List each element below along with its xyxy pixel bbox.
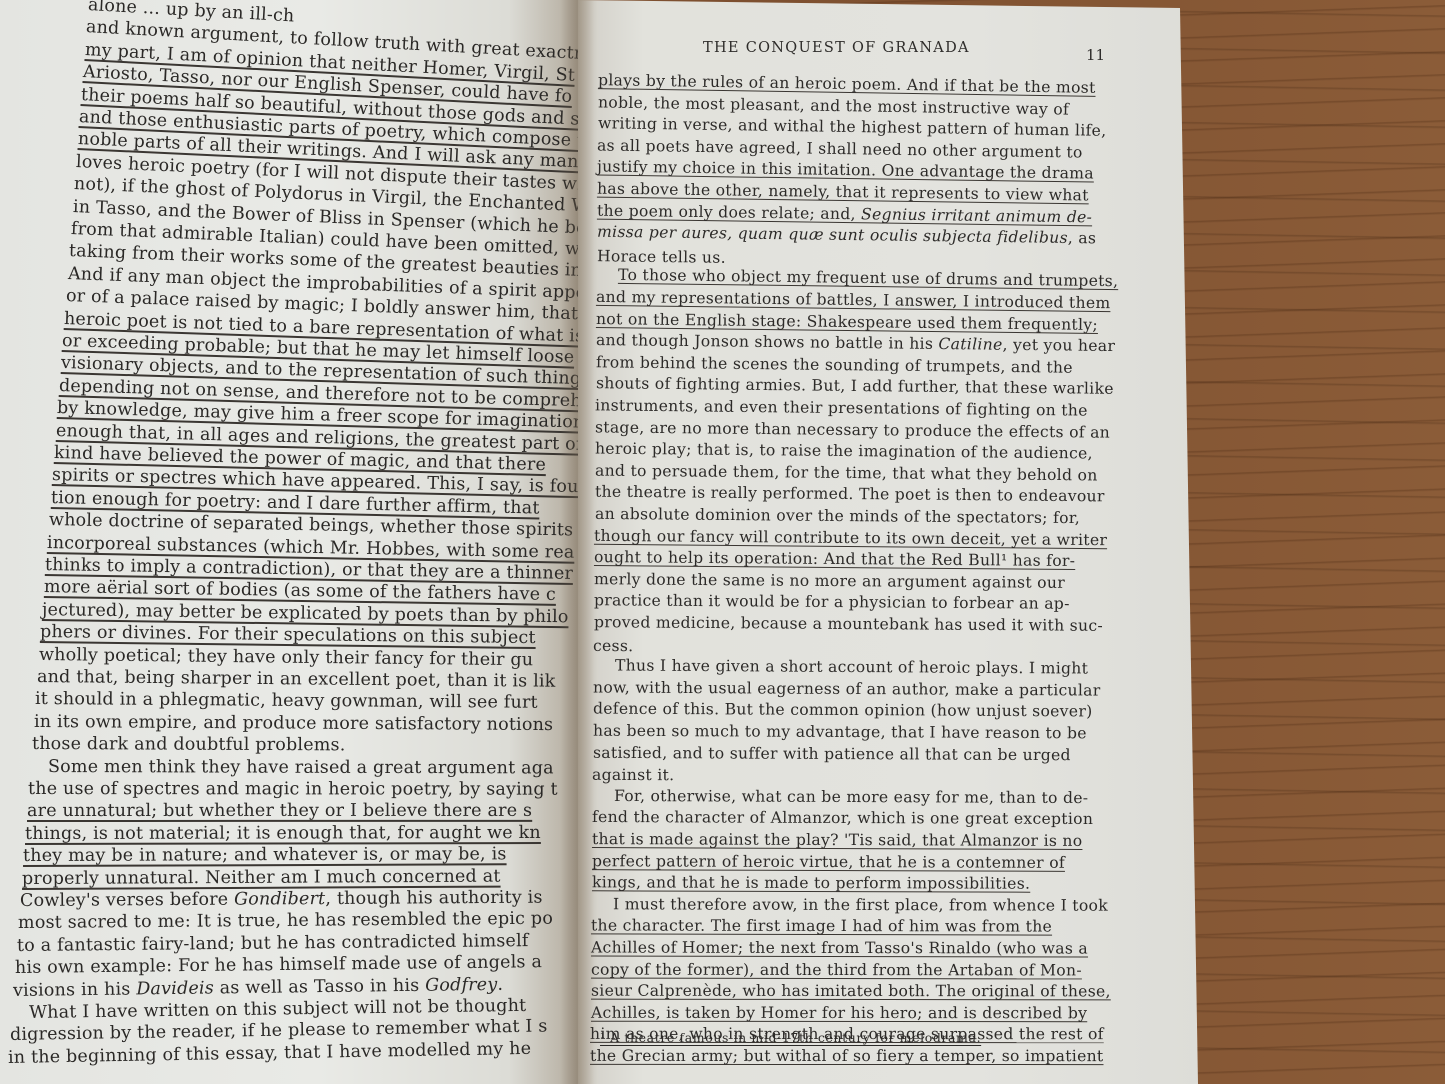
right-page-line: that is made against the play? 'Tis said… bbox=[592, 829, 1083, 852]
italic-title: Davideis bbox=[136, 978, 214, 999]
left-page-line: in its own empire, and produce more sati… bbox=[33, 711, 552, 736]
left-page-line: those dark and doubtful problems. bbox=[32, 733, 346, 756]
right-page-line: copy of the former), and the third from … bbox=[591, 959, 1082, 981]
left-page-line: it should in a phlegmatic, heavy gownman… bbox=[35, 688, 538, 714]
right-page-line: cess. bbox=[593, 635, 634, 656]
right-page-line: has been so much to my advantage, that I… bbox=[593, 721, 1087, 745]
italic-title: Gondibert bbox=[234, 889, 325, 910]
right-page-line: Achilles of Homer; the next from Tasso's… bbox=[591, 937, 1088, 959]
right-page-line: practice than it would be for a physicia… bbox=[594, 591, 1070, 616]
right-page-line: an absolute dominion over the minds of t… bbox=[594, 504, 1079, 529]
right-page-line: perfect pattern of heroic virtue, that h… bbox=[592, 851, 1065, 874]
right-page: THE CONQUEST OF GRANADA 11 ¹ A theatre f… bbox=[578, 0, 1238, 1084]
italic-phrase: Catiline bbox=[938, 335, 1002, 354]
left-page-line: things, is not material; it is enough th… bbox=[25, 822, 541, 845]
right-page-line: Achilles, is taken by Homer for his hero… bbox=[591, 1003, 1087, 1025]
right-page-line: him as one, who in strength and courage … bbox=[590, 1024, 1104, 1045]
italic-phrase: Segnius irritant animum de- bbox=[861, 205, 1092, 226]
right-page-line: defence of this. But the common opinion … bbox=[593, 699, 1093, 723]
right-page-line: fend the character of Almanzor, which is… bbox=[592, 807, 1093, 830]
left-page-line: are unnatural; but whether they or I bel… bbox=[27, 800, 532, 822]
right-page-line: now, with the usual eagerness of an auth… bbox=[593, 677, 1101, 701]
italic-phrase: missa per aures, quam quæ sunt oculis su… bbox=[597, 223, 1068, 247]
left-page-line: they may be in nature; and whatever is, … bbox=[23, 843, 507, 867]
right-page-line: satisfied, and to suffer with patience a… bbox=[593, 742, 1071, 765]
left-page: alone ... up by an ill-chand known argum… bbox=[0, 0, 578, 1084]
right-page-line: Thus I have given a short account of her… bbox=[615, 656, 1088, 680]
italic-title: Godfrey bbox=[425, 974, 497, 995]
right-page-line: I must therefore avow, in the first plac… bbox=[613, 894, 1108, 916]
right-page-line: against it. bbox=[592, 765, 674, 786]
right-page-line: kings, and that he is made to perform im… bbox=[592, 872, 1030, 894]
right-page-line: For, otherwise, what can be more easy fo… bbox=[614, 786, 1088, 809]
left-page-line: properly unnatural. Neither am I much co… bbox=[22, 865, 501, 889]
right-page-line: the character. The first image I had of … bbox=[591, 916, 1052, 938]
running-header: THE CONQUEST OF GRANADA bbox=[703, 40, 970, 56]
left-page-line: Some men think they have raised a great … bbox=[48, 756, 554, 779]
right-page-line: ought to help its operation: And that th… bbox=[594, 547, 1075, 572]
page-number: 11 bbox=[1086, 46, 1105, 64]
left-page-line: the use of spectres and magic in heroic … bbox=[28, 778, 558, 801]
right-page-line: proved medicine, because a mountebank ha… bbox=[594, 612, 1103, 637]
right-page-line: sieur Calprenède, who has imitated both.… bbox=[591, 981, 1111, 1003]
right-page-line: the Grecian army; but withal of so fiery… bbox=[590, 1046, 1104, 1067]
